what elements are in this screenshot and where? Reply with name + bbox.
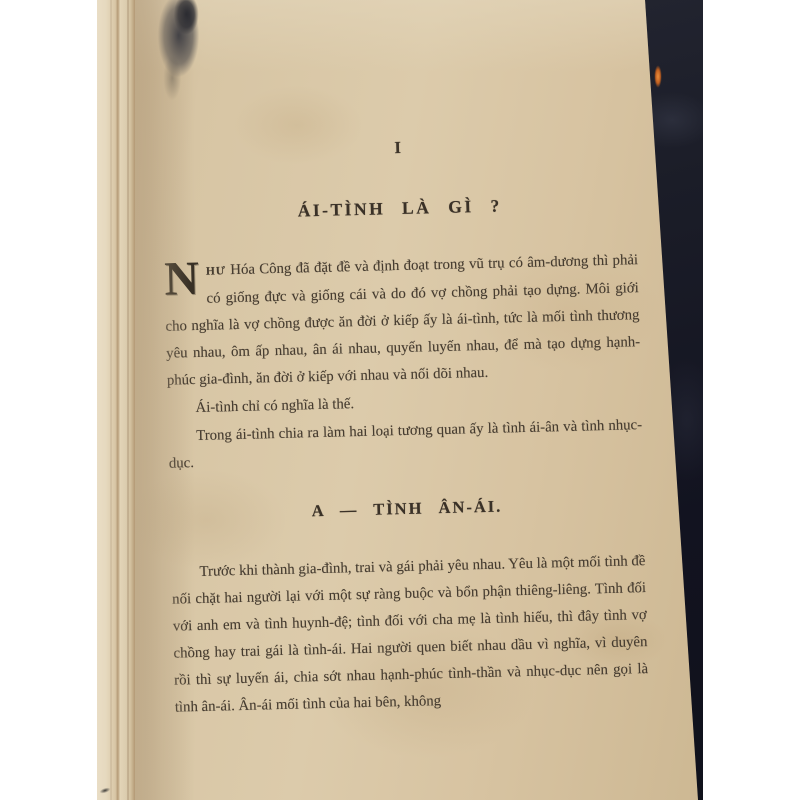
intro-paragraph: NHƯ Hóa Công đã đặt đề và định đoạt tron… <box>164 247 641 395</box>
printed-text-block: I ÁI-TÌNH LÀ GÌ ? NHƯ Hóa Công đã đặt đề… <box>161 132 649 721</box>
intro-text: Hóa Công đã đặt đề và định đoạt trong vũ… <box>165 252 640 389</box>
page-edge-line <box>127 0 129 800</box>
lead-capitals: HƯ <box>206 265 226 277</box>
screenshot: I ÁI-TÌNH LÀ GÌ ? NHƯ Hóa Công đã đặt đề… <box>0 0 800 800</box>
white-margin-right <box>703 0 800 800</box>
page-edge-stack <box>97 0 137 800</box>
ember-spot <box>650 58 666 102</box>
book-photo: I ÁI-TÌNH LÀ GÌ ? NHƯ Hóa Công đã đặt đề… <box>97 0 703 800</box>
chapter-title: ÁI-TÌNH LÀ GÌ ? <box>163 192 637 225</box>
drop-cap-initial: N <box>164 258 207 299</box>
white-margin-left <box>0 0 97 800</box>
gutter-dark-patch <box>141 0 219 104</box>
section-heading: A — TÌNH ÂN-ÁI. <box>170 493 644 525</box>
page-edge-line <box>110 0 112 800</box>
paragraph: Trong ái-tình chia ra làm hai loại tương… <box>168 412 643 478</box>
section-paragraph: Trước khi thành gia-đình, trai và gái ph… <box>171 548 649 722</box>
